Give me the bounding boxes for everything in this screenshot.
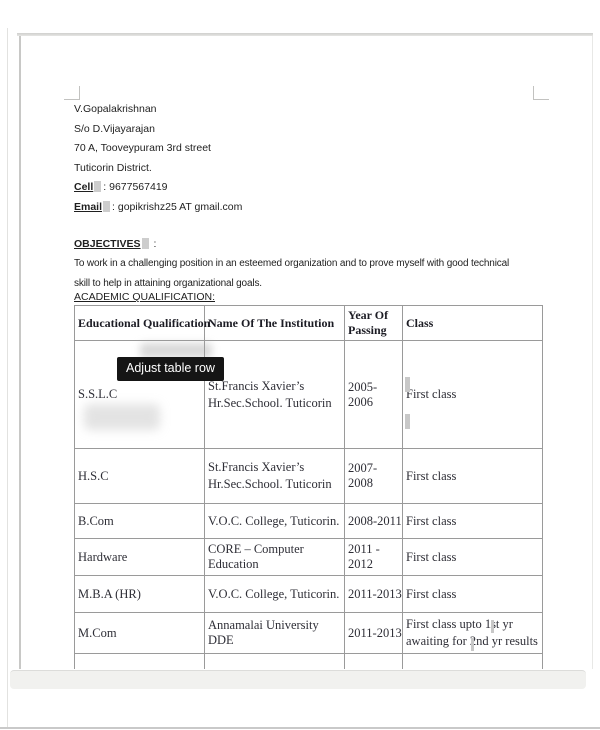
cursor-artifact bbox=[405, 414, 410, 429]
objectives-section: OBJECTIVES : To work in a challenging po… bbox=[74, 235, 509, 293]
contact-block: V.Gopalakrishnan S/o D.Vijayarajan 70 A,… bbox=[74, 100, 242, 218]
cell-qualification: B.Com bbox=[75, 504, 205, 539]
objectives-heading-line: OBJECTIVES : bbox=[74, 235, 509, 254]
contact-cell-line: Cell: 9677567419 bbox=[74, 178, 242, 198]
cell-qualification: M.B.A (HR) bbox=[75, 576, 205, 613]
contact-father-name: S/o D.Vijayarajan bbox=[74, 120, 242, 140]
cell-institution: St.Francis Xavier’s Hr.Sec.School. Tutic… bbox=[205, 341, 345, 449]
cell-year: 2011-2013 bbox=[345, 576, 403, 613]
cell-class: First class upto 1st yr awaiting for 2nd… bbox=[403, 613, 543, 654]
header-year-of-passing: Year Of Passing bbox=[345, 306, 403, 341]
card-bottom-border bbox=[0, 727, 600, 729]
cell-class: First class bbox=[403, 341, 543, 449]
bookmark-artifact bbox=[94, 181, 101, 192]
tooltip-text: Adjust table row bbox=[126, 361, 215, 375]
bookmark-artifact bbox=[142, 238, 149, 249]
cell-qualification: M.Com bbox=[75, 613, 205, 654]
cell-class bbox=[403, 654, 543, 670]
email-value: : gopikrishz25 AT gmail.com bbox=[112, 201, 242, 213]
page-bottom-fade bbox=[10, 670, 586, 689]
cell-year: 2005-2006 bbox=[345, 341, 403, 449]
header-class: Class bbox=[403, 306, 543, 341]
cell-year: 2011 - 2012 bbox=[345, 539, 403, 576]
contact-email-line: Email: gopikrishz25 AT gmail.com bbox=[74, 198, 242, 218]
cell-institution: Madurai Kamaraj University bbox=[205, 654, 345, 670]
contact-district: Tuticorin District. bbox=[74, 159, 242, 179]
bookmark-artifact bbox=[103, 201, 110, 212]
margin-corner-left-icon bbox=[64, 86, 80, 100]
cell-institution: CORE – Computer Education bbox=[205, 539, 345, 576]
contact-address: 70 A, Tooveypuram 3rd street bbox=[74, 139, 242, 159]
cell-class: First class bbox=[403, 576, 543, 613]
cell-year: 2008-2011 bbox=[345, 504, 403, 539]
cell-qualification: H.S.C bbox=[75, 449, 205, 504]
email-label: Email bbox=[74, 201, 102, 213]
tooltip-adjust-table-row: Adjust table row bbox=[117, 357, 224, 381]
table-row-bcom: B.Com V.O.C. College, Tuticorin. 2008-20… bbox=[75, 504, 543, 539]
cell-institution: St.Francis Xavier’s Hr.Sec.School. Tutic… bbox=[205, 449, 345, 504]
margin-corner-right-icon bbox=[533, 86, 549, 100]
document-page[interactable]: V.Gopalakrishnan S/o D.Vijayarajan 70 A,… bbox=[19, 36, 593, 669]
cell-qualification: P.G.Diploma in Marketing bbox=[75, 654, 205, 670]
table-row-pg-diploma: P.G.Diploma in Marketing Madurai Kamaraj… bbox=[75, 654, 543, 670]
cell-year bbox=[345, 654, 403, 670]
tooltip-shadow bbox=[84, 404, 160, 430]
cell-year: 2011-2013 bbox=[345, 613, 403, 654]
cell-label: Cell bbox=[74, 181, 93, 193]
cell-institution: Annamalai University DDE bbox=[205, 613, 345, 654]
cell-value: : 9677567419 bbox=[103, 181, 167, 193]
header-educational-qualification: Educational Qualification bbox=[75, 306, 205, 341]
contact-name: V.Gopalakrishnan bbox=[74, 100, 242, 120]
tooltip-shadow bbox=[140, 343, 212, 358]
cursor-artifact bbox=[405, 377, 410, 392]
cell-qualification: Hardware bbox=[75, 539, 205, 576]
objectives-heading: OBJECTIVES bbox=[74, 238, 141, 250]
cell-institution: V.O.C. College, Tuticorin. bbox=[205, 504, 345, 539]
table-header-row: Educational Qualification Name Of The In… bbox=[75, 306, 543, 341]
cell-institution: V.O.C. College, Tuticorin. bbox=[205, 576, 345, 613]
cell-class: First class bbox=[403, 504, 543, 539]
cursor-artifact bbox=[491, 620, 494, 633]
table-row-hardware: Hardware CORE – Computer Education 2011 … bbox=[75, 539, 543, 576]
academic-qualification-heading: ACADEMIC QUALIFICATION: bbox=[74, 291, 215, 303]
table-row-hsc: H.S.C St.Francis Xavier’s Hr.Sec.School.… bbox=[75, 449, 543, 504]
cell-year: 2007-2008 bbox=[345, 449, 403, 504]
card-left-border bbox=[7, 28, 8, 727]
objectives-heading-colon: : bbox=[151, 238, 157, 250]
cell-class: First class bbox=[403, 449, 543, 504]
cell-class: First class bbox=[403, 539, 543, 576]
table-row-mba: M.B.A (HR) V.O.C. College, Tuticorin. 20… bbox=[75, 576, 543, 613]
table-row-mcom: M.Com Annamalai University DDE 2011-2013… bbox=[75, 613, 543, 654]
header-institution: Name Of The Institution bbox=[205, 306, 345, 341]
objectives-body-line: To work in a challenging position in an … bbox=[74, 254, 509, 273]
cursor-artifact bbox=[471, 638, 474, 651]
